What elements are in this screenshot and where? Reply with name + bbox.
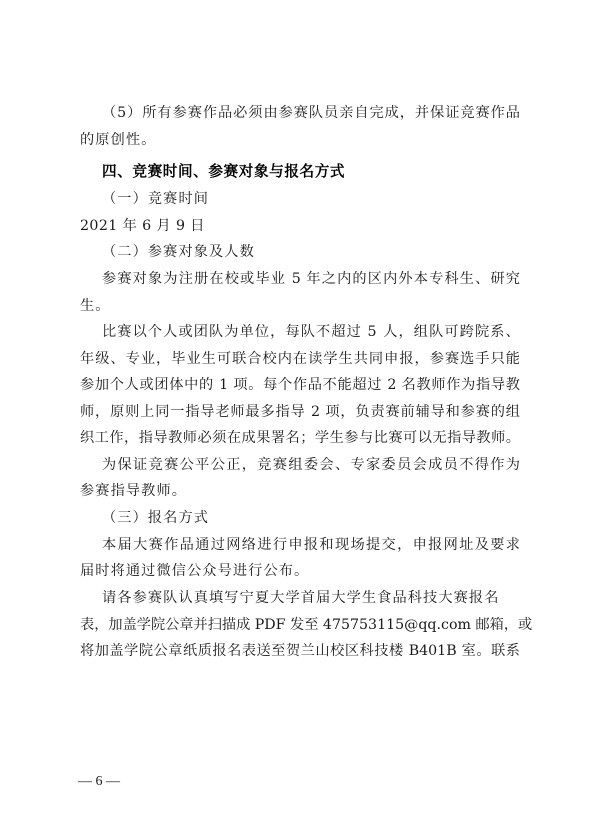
paragraph-registration-line-1: 请各参赛队认真填写宁夏大学首届大学生食品科技大赛报名 xyxy=(102,588,520,608)
document-page: （5）所有参赛作品必须由参赛队员亲自完成，并保证竞赛作品 的原创性。 四、竞赛时… xyxy=(0,0,590,834)
subheading-participants: （二）参赛对象及人数 xyxy=(102,242,520,262)
competition-date: 2021 年 6 月 9 日 xyxy=(80,216,520,236)
paragraph-team-rules-line-4: 师，原则上同一指导老师最多指导 2 项，负责赛前辅导和参赛的组 xyxy=(80,402,520,422)
paragraph-participants-line-2: 生。 xyxy=(80,296,520,316)
paragraph-registration-line-2: 表，加盖学院公章并扫描成 PDF 发至 475753115@qq.com 邮箱，… xyxy=(80,615,520,635)
subheading-registration: （三）报名方式 xyxy=(102,508,520,528)
paragraph-team-rules-line-3: 参加个人或团体中的 1 项。每个作品不能超过 2 名教师作为指导教 xyxy=(80,375,520,395)
paragraph-submission-line-2: 届时将通过微信公众号进行公布。 xyxy=(80,561,520,581)
paragraph-item-5-line-1: （5）所有参赛作品必须由参赛队员亲自完成，并保证竞赛作品 xyxy=(102,103,520,123)
page-number: — 6 — xyxy=(78,772,120,792)
paragraph-team-rules-line-1: 比赛以个人或团队为单位，每队不超过 5 人，组队可跨院系、 xyxy=(102,322,520,342)
section-heading-4: 四、竞赛时间、参赛对象与报名方式 xyxy=(102,162,542,182)
paragraph-team-rules-line-2: 年级、专业，毕业生可联合校内在读学生共同申报，参赛选手只能 xyxy=(80,349,520,369)
paragraph-team-rules-line-5: 织工作，指导教师必须在成果署名；学生参与比赛可以无指导教师。 xyxy=(80,428,520,448)
paragraph-participants-line-1: 参赛对象为注册在校或毕业 5 年之内的区内外本专科生、研究 xyxy=(102,269,520,289)
paragraph-item-5-line-2: 的原创性。 xyxy=(80,130,520,150)
paragraph-fairness-line-1: 为保证竞赛公平公正，竞赛组委会、专家委员会成员不得作为 xyxy=(102,455,520,475)
paragraph-submission-line-1: 本届大赛作品通过网络进行申报和现场提交，申报网址及要求 xyxy=(102,535,520,555)
subheading-competition-time: （一）竞赛时间 xyxy=(102,189,520,209)
paragraph-fairness-line-2: 参赛指导教师。 xyxy=(80,481,520,501)
paragraph-registration-line-3: 将加盖学院公章纸质报名表送至贺兰山校区科技楼 B401B 室。联系 xyxy=(80,641,520,661)
